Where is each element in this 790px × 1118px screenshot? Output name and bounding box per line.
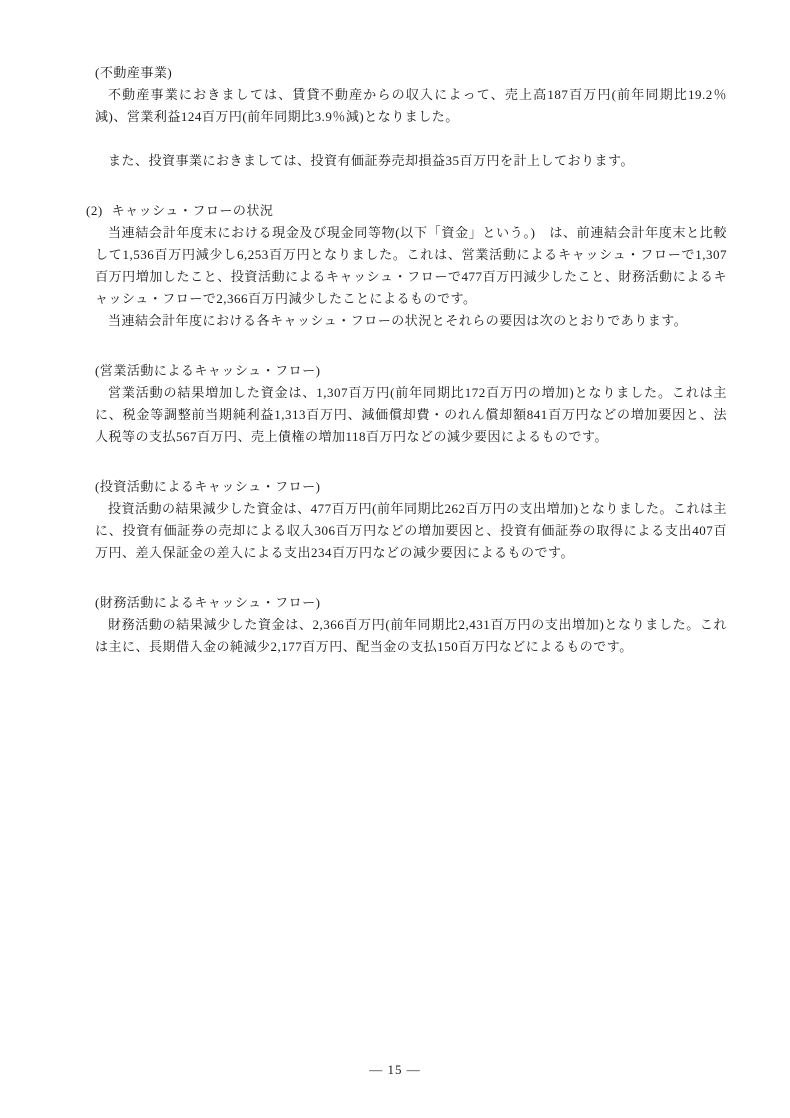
section-financing-cash-flow: (財務活動によるキャッシュ・フロー) 財務活動の結果減少した資金は、2,366百… — [95, 592, 727, 658]
page-number: ― 15 ― — [0, 1062, 790, 1078]
cash-flow-paragraph-1: 当連結会計年度末における現金及び現金同等物(以下「資金」という。) は、前連結会… — [95, 222, 727, 310]
financing-cash-flow-heading: (財務活動によるキャッシュ・フロー) — [95, 592, 727, 614]
cash-flow-heading: (2) キャッシュ・フローの状況 — [86, 200, 727, 222]
financing-cash-flow-paragraph: 財務活動の結果減少した資金は、2,366百万円(前年同期比2,431百万円の支出… — [95, 614, 727, 658]
real-estate-heading: (不動産事業) — [95, 62, 727, 84]
investing-cash-flow-paragraph: 投資活動の結果減少した資金は、477百万円(前年同期比262百万円の支出増加)と… — [95, 498, 727, 564]
cash-flow-heading-number: (2) — [86, 200, 103, 222]
document-body: (不動産事業) 不動産事業におきましては、賃貸不動産からの収入によって、売上高1… — [95, 62, 727, 658]
operating-cash-flow-paragraph: 営業活動の結果増加した資金は、1,307百万円(前年同期比172百万円の増加)と… — [95, 382, 727, 448]
operating-cash-flow-heading: (営業活動によるキャッシュ・フロー) — [95, 360, 727, 382]
real-estate-paragraph-2: また、投資事業におきましては、投資有価証券売却損益35百万円を計上しております。 — [95, 150, 727, 172]
document-page: (不動産事業) 不動産事業におきましては、賃貸不動産からの収入によって、売上高1… — [0, 0, 790, 1118]
real-estate-paragraph-1: 不動産事業におきましては、賃貸不動産からの収入によって、売上高187百万円(前年… — [95, 84, 727, 128]
section-investing-cash-flow: (投資活動によるキャッシュ・フロー) 投資活動の結果減少した資金は、477百万円… — [95, 476, 727, 564]
cash-flow-heading-title: キャッシュ・フローの状況 — [112, 200, 274, 222]
section-operating-cash-flow: (営業活動によるキャッシュ・フロー) 営業活動の結果増加した資金は、1,307百… — [95, 360, 727, 448]
section-real-estate: (不動産事業) 不動産事業におきましては、賃貸不動産からの収入によって、売上高1… — [95, 62, 727, 172]
cash-flow-paragraph-2: 当連結会計年度における各キャッシュ・フローの状況とそれらの要因は次のとおりであり… — [95, 310, 727, 332]
investing-cash-flow-heading: (投資活動によるキャッシュ・フロー) — [95, 476, 727, 498]
section-cash-flow-overview: (2) キャッシュ・フローの状況 当連結会計年度末における現金及び現金同等物(以… — [95, 200, 727, 332]
